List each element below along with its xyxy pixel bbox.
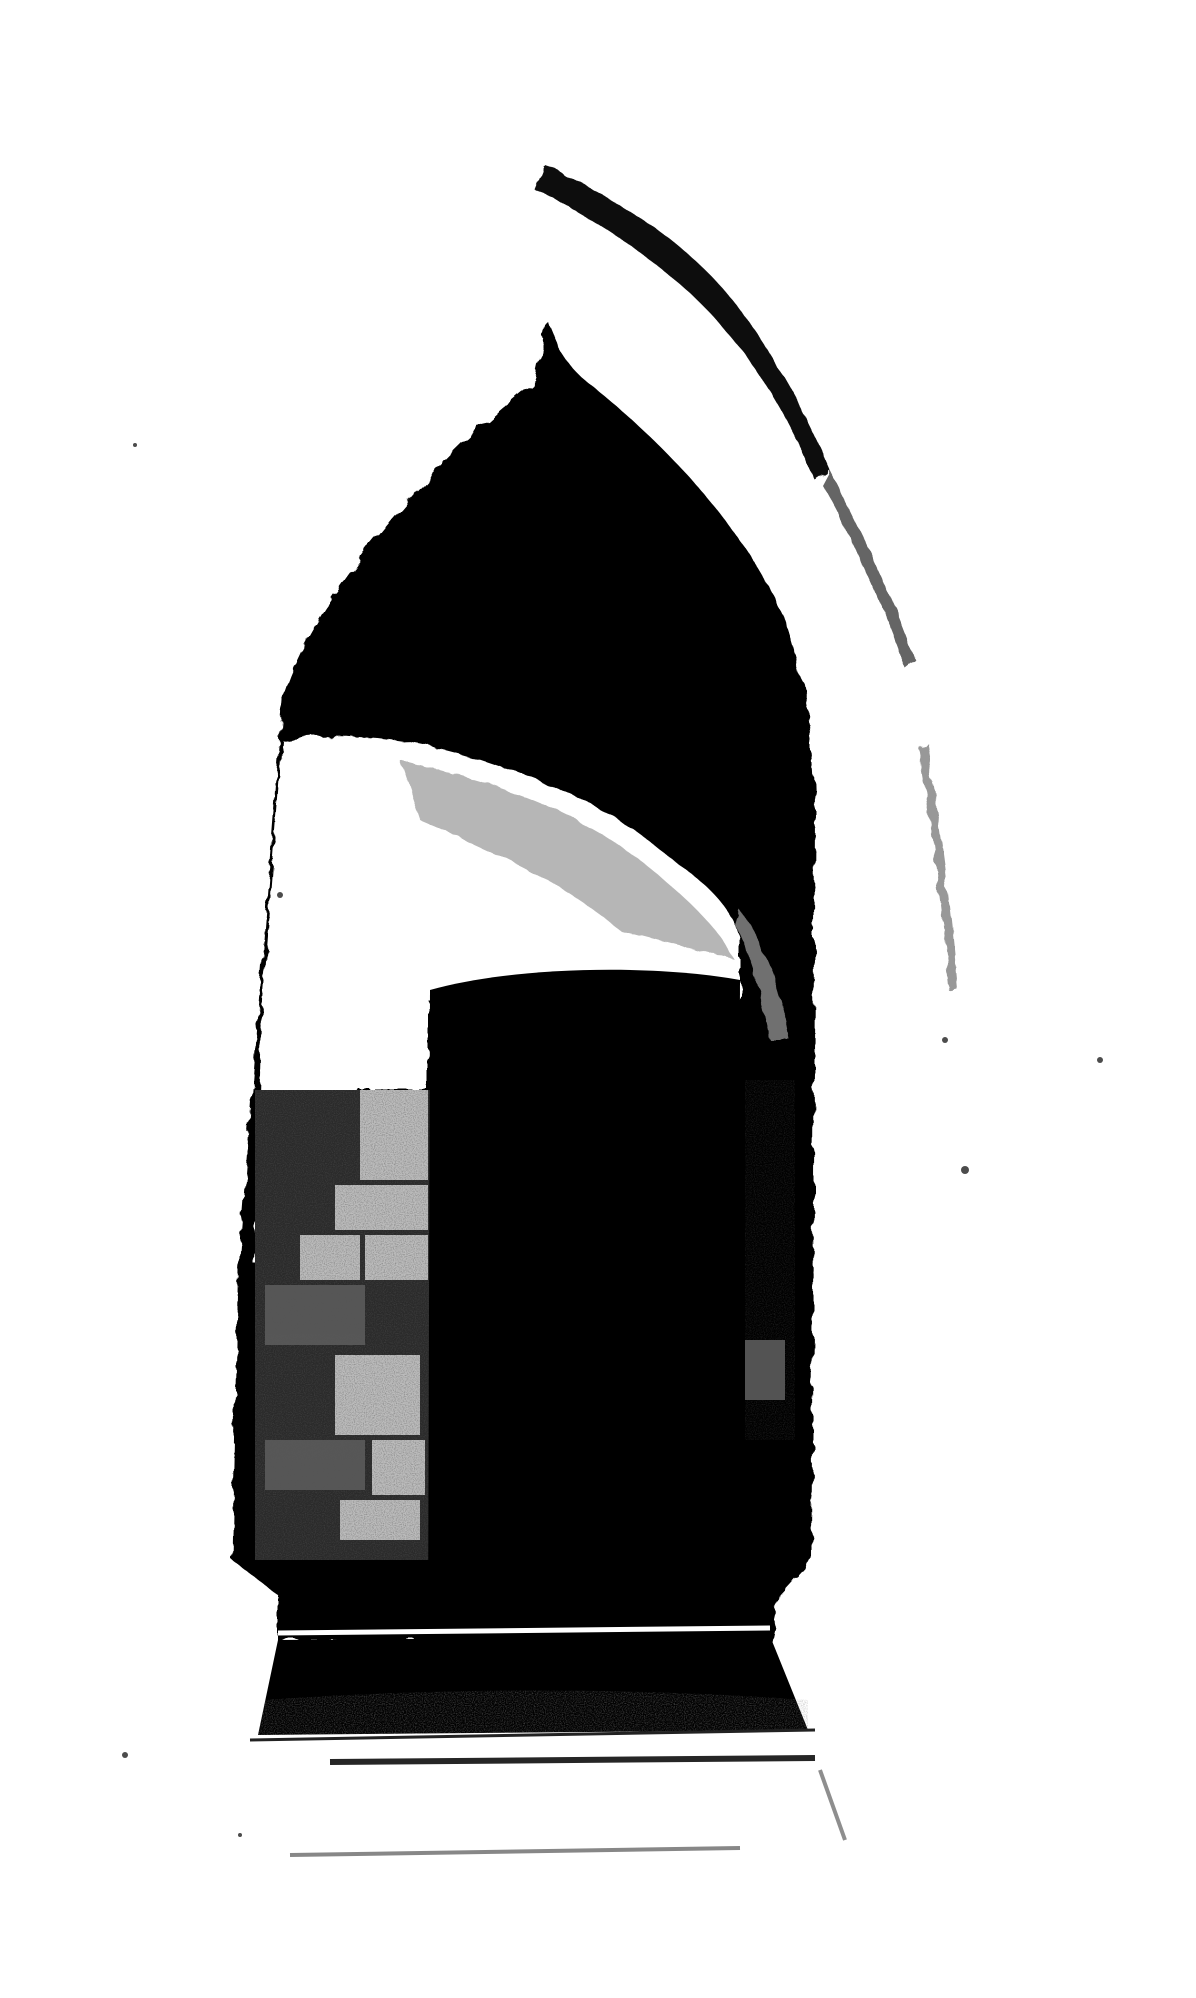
arched-door (428, 970, 740, 1640)
right-reveal (745, 1080, 795, 1440)
gothic-doorway-photo (0, 0, 1196, 1998)
photo-scene: Gothic pointed-arch doorway in stone wal… (0, 0, 1196, 1998)
brick-wall-left (255, 1090, 430, 1560)
